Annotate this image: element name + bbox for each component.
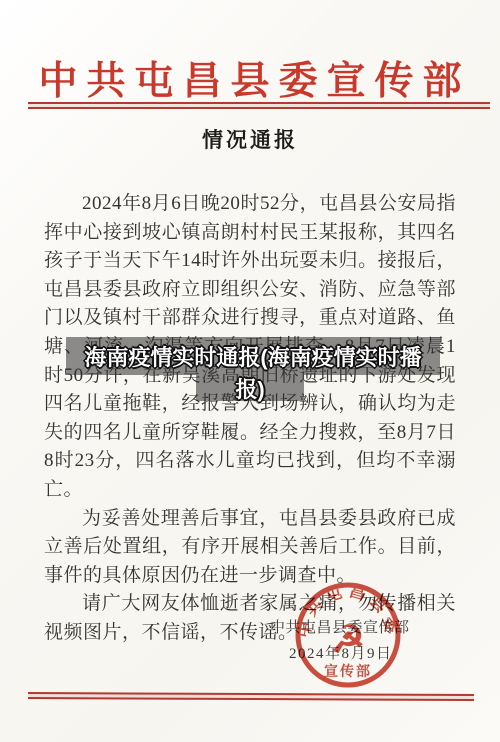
seal-bottom-text: 宣传部 <box>324 663 372 680</box>
letterhead-rule <box>28 102 490 109</box>
caption-watermark: 海南疫情实时通报(海南疫情实时播 报) <box>0 337 500 401</box>
paragraph-aftermath: 为妥善处理善后事宜，屯昌县委县政府已成立善后处置组，有序开展相关善后工作。目前，… <box>44 505 456 591</box>
footer-rule <box>28 692 474 701</box>
letterhead-org-title: 中共屯昌县委宣传部 <box>0 50 500 106</box>
document-title: 情况通报 <box>0 124 500 154</box>
official-seal: 中共屯昌县委 ☭ 宣传部 <box>293 580 403 690</box>
document-body: 2024年8月6日晚20时52分，屯昌县公安局指挥中心接到坡心镇高朗村村民王某报… <box>44 190 456 648</box>
caption-watermark-line1: 海南疫情实时通报(海南疫情实时播 <box>84 341 421 372</box>
caption-watermark-line1-box: 海南疫情实时通报(海南疫情实时播 <box>66 337 440 375</box>
caption-watermark-line2: 报) <box>235 373 264 404</box>
caption-watermark-line2-box: 报) <box>196 375 304 401</box>
hammer-sickle-icon: ☭ <box>331 620 365 662</box>
scanned-document-page: 中共屯昌县委宣传部 情况通报 2024年8月6日晚20时52分，屯昌县公安局指挥… <box>0 0 500 742</box>
